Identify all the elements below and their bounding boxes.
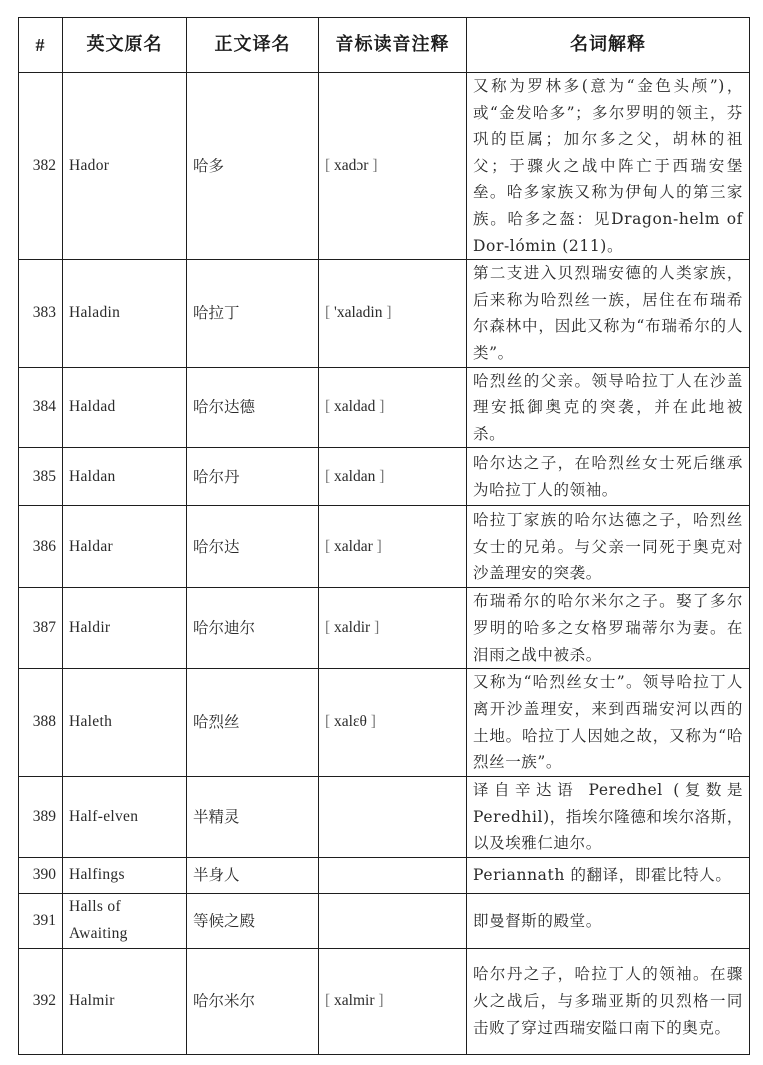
- phonetic-notation: [ xaldan ]: [319, 448, 467, 506]
- bracket-close: ]: [367, 713, 376, 730]
- table-row: 382Hador哈多[ xadɔr ]又称为罗林多(意为“金色头颅”)，或“金发…: [19, 73, 750, 260]
- bracket-open: [: [325, 157, 334, 174]
- entry-number: 392: [19, 948, 63, 1054]
- phonetic-notation: [ xadɔr ]: [319, 73, 467, 260]
- definition: 即曼督斯的殿堂。: [467, 893, 750, 948]
- english-name: Haleth: [63, 669, 187, 777]
- phonetic-notation: [ xalmir ]: [319, 948, 467, 1054]
- phonetic-value: xaldar: [334, 538, 373, 555]
- header-definition: 名词解释: [467, 18, 750, 73]
- entry-number: 389: [19, 777, 63, 858]
- header-row: # 英文原名 正文译名 音标读音注释 名词解释: [19, 18, 750, 73]
- phonetic-value: xalmir: [334, 992, 374, 1009]
- chinese-translation: 半身人: [187, 857, 319, 893]
- definition: 第二支进入贝烈瑞安德的人类家族，后来称为哈烈丝一族，居住在布瑞希尔森林中，因此又…: [467, 260, 750, 367]
- bracket-close: ]: [375, 398, 384, 415]
- english-name: Hador: [63, 73, 187, 260]
- english-name: Halls of Awaiting: [63, 893, 187, 948]
- bracket-open: [: [325, 398, 334, 415]
- phonetic-value: 'xaladin: [334, 304, 382, 321]
- chinese-translation: 哈拉丁: [187, 260, 319, 367]
- definition: 哈尔丹之子，哈拉丁人的领袖。在骤火之战后，与多瑞亚斯的贝烈格一同击败了穿过西瑞安…: [467, 948, 750, 1054]
- chinese-translation: 半精灵: [187, 777, 319, 858]
- phonetic-notation: [319, 777, 467, 858]
- bracket-close: ]: [375, 992, 384, 1009]
- bracket-open: [: [325, 304, 334, 321]
- entry-number: 387: [19, 588, 63, 669]
- chinese-translation: 哈尔迪尔: [187, 588, 319, 669]
- chinese-translation: 哈尔丹: [187, 448, 319, 506]
- phonetic-value: xadɔr: [334, 157, 368, 174]
- table-row: 388Haleth哈烈丝[ xalɛθ ]又称为“哈烈丝女士”。领导哈拉丁人离开…: [19, 669, 750, 777]
- table-row: 383Haladin哈拉丁[ 'xaladin ]第二支进入贝烈瑞安德的人类家族…: [19, 260, 750, 367]
- header-phonetic: 音标读音注释: [319, 18, 467, 73]
- bracket-close: ]: [368, 157, 377, 174]
- table-row: 389Half-elven半精灵译自辛达语 Peredhel (复数是 Pere…: [19, 777, 750, 858]
- entry-number: 388: [19, 669, 63, 777]
- english-name: Haldir: [63, 588, 187, 669]
- definition: 又称为“哈烈丝女士”。领导哈拉丁人离开沙盖理安，来到西瑞安河以西的土地。哈拉丁人…: [467, 669, 750, 777]
- phonetic-value: xaldad: [334, 398, 375, 415]
- phonetic-notation: [ xaldir ]: [319, 588, 467, 669]
- bracket-open: [: [325, 538, 334, 555]
- table-row: 384Haldad哈尔达德[ xaldad ]哈烈丝的父亲。领导哈拉丁人在沙盖理…: [19, 367, 750, 448]
- phonetic-value: xaldir: [334, 619, 370, 636]
- chinese-translation: 等候之殿: [187, 893, 319, 948]
- bracket-close: ]: [370, 619, 379, 636]
- header-num: #: [19, 18, 63, 73]
- entry-number: 383: [19, 260, 63, 367]
- entry-number: 391: [19, 893, 63, 948]
- definition: Periannath 的翻译，即霍比特人。: [467, 857, 750, 893]
- table-row: 391Halls of Awaiting等候之殿即曼督斯的殿堂。: [19, 893, 750, 948]
- phonetic-value: xaldan: [334, 468, 375, 485]
- phonetic-value: xalɛθ: [334, 713, 367, 730]
- english-name: Haladin: [63, 260, 187, 367]
- entry-number: 386: [19, 506, 63, 588]
- english-name: Halmir: [63, 948, 187, 1054]
- bracket-close: ]: [382, 304, 391, 321]
- chinese-translation: 哈尔达: [187, 506, 319, 588]
- phonetic-notation: [319, 857, 467, 893]
- phonetic-notation: [ xaldar ]: [319, 506, 467, 588]
- header-translation: 正文译名: [187, 18, 319, 73]
- chinese-translation: 哈尔米尔: [187, 948, 319, 1054]
- english-name: Haldan: [63, 448, 187, 506]
- chinese-translation: 哈多: [187, 73, 319, 260]
- bracket-close: ]: [375, 468, 384, 485]
- glossary-table: # 英文原名 正文译名 音标读音注释 名词解释 382Hador哈多[ xadɔ…: [18, 17, 750, 1055]
- entry-number: 384: [19, 367, 63, 448]
- entry-number: 390: [19, 857, 63, 893]
- header-english-name: 英文原名: [63, 18, 187, 73]
- chinese-translation: 哈尔达德: [187, 367, 319, 448]
- bracket-close: ]: [373, 538, 382, 555]
- english-name: Halfings: [63, 857, 187, 893]
- definition: 哈拉丁家族的哈尔达德之子，哈烈丝女士的兄弟。与父亲一同死于奥克对沙盖理安的突袭。: [467, 506, 750, 588]
- english-name: Half-elven: [63, 777, 187, 858]
- phonetic-notation: [319, 893, 467, 948]
- definition: 译自辛达语 Peredhel (复数是 Peredhil)，指埃尔隆德和埃尔洛斯…: [467, 777, 750, 858]
- table-row: 386Haldar哈尔达[ xaldar ]哈拉丁家族的哈尔达德之子，哈烈丝女士…: [19, 506, 750, 588]
- definition: 又称为罗林多(意为“金色头颅”)，或“金发哈多”；多尔罗明的领主，芬巩的臣属；加…: [467, 73, 750, 260]
- bracket-open: [: [325, 468, 334, 485]
- english-name: Haldar: [63, 506, 187, 588]
- bracket-open: [: [325, 992, 334, 1009]
- table-row: 385Haldan哈尔丹[ xaldan ]哈尔达之子，在哈烈丝女士死后继承为哈…: [19, 448, 750, 506]
- table-row: 390Halfings半身人Periannath 的翻译，即霍比特人。: [19, 857, 750, 893]
- entry-number: 382: [19, 73, 63, 260]
- phonetic-notation: [ 'xaladin ]: [319, 260, 467, 367]
- bracket-open: [: [325, 619, 334, 636]
- definition: 哈尔达之子，在哈烈丝女士死后继承为哈拉丁人的领袖。: [467, 448, 750, 506]
- entry-number: 385: [19, 448, 63, 506]
- phonetic-notation: [ xaldad ]: [319, 367, 467, 448]
- english-name: Haldad: [63, 367, 187, 448]
- table-row: 392Halmir哈尔米尔[ xalmir ]哈尔丹之子，哈拉丁人的领袖。在骤火…: [19, 948, 750, 1054]
- definition: 哈烈丝的父亲。领导哈拉丁人在沙盖理安抵御奥克的突袭，并在此地被杀。: [467, 367, 750, 448]
- table-row: 387Haldir哈尔迪尔[ xaldir ]布瑞希尔的哈尔米尔之子。娶了多尔罗…: [19, 588, 750, 669]
- bracket-open: [: [325, 713, 334, 730]
- chinese-translation: 哈烈丝: [187, 669, 319, 777]
- definition: 布瑞希尔的哈尔米尔之子。娶了多尔罗明的哈多之女格罗瑞蒂尔为妻。在泪雨之战中被杀。: [467, 588, 750, 669]
- phonetic-notation: [ xalɛθ ]: [319, 669, 467, 777]
